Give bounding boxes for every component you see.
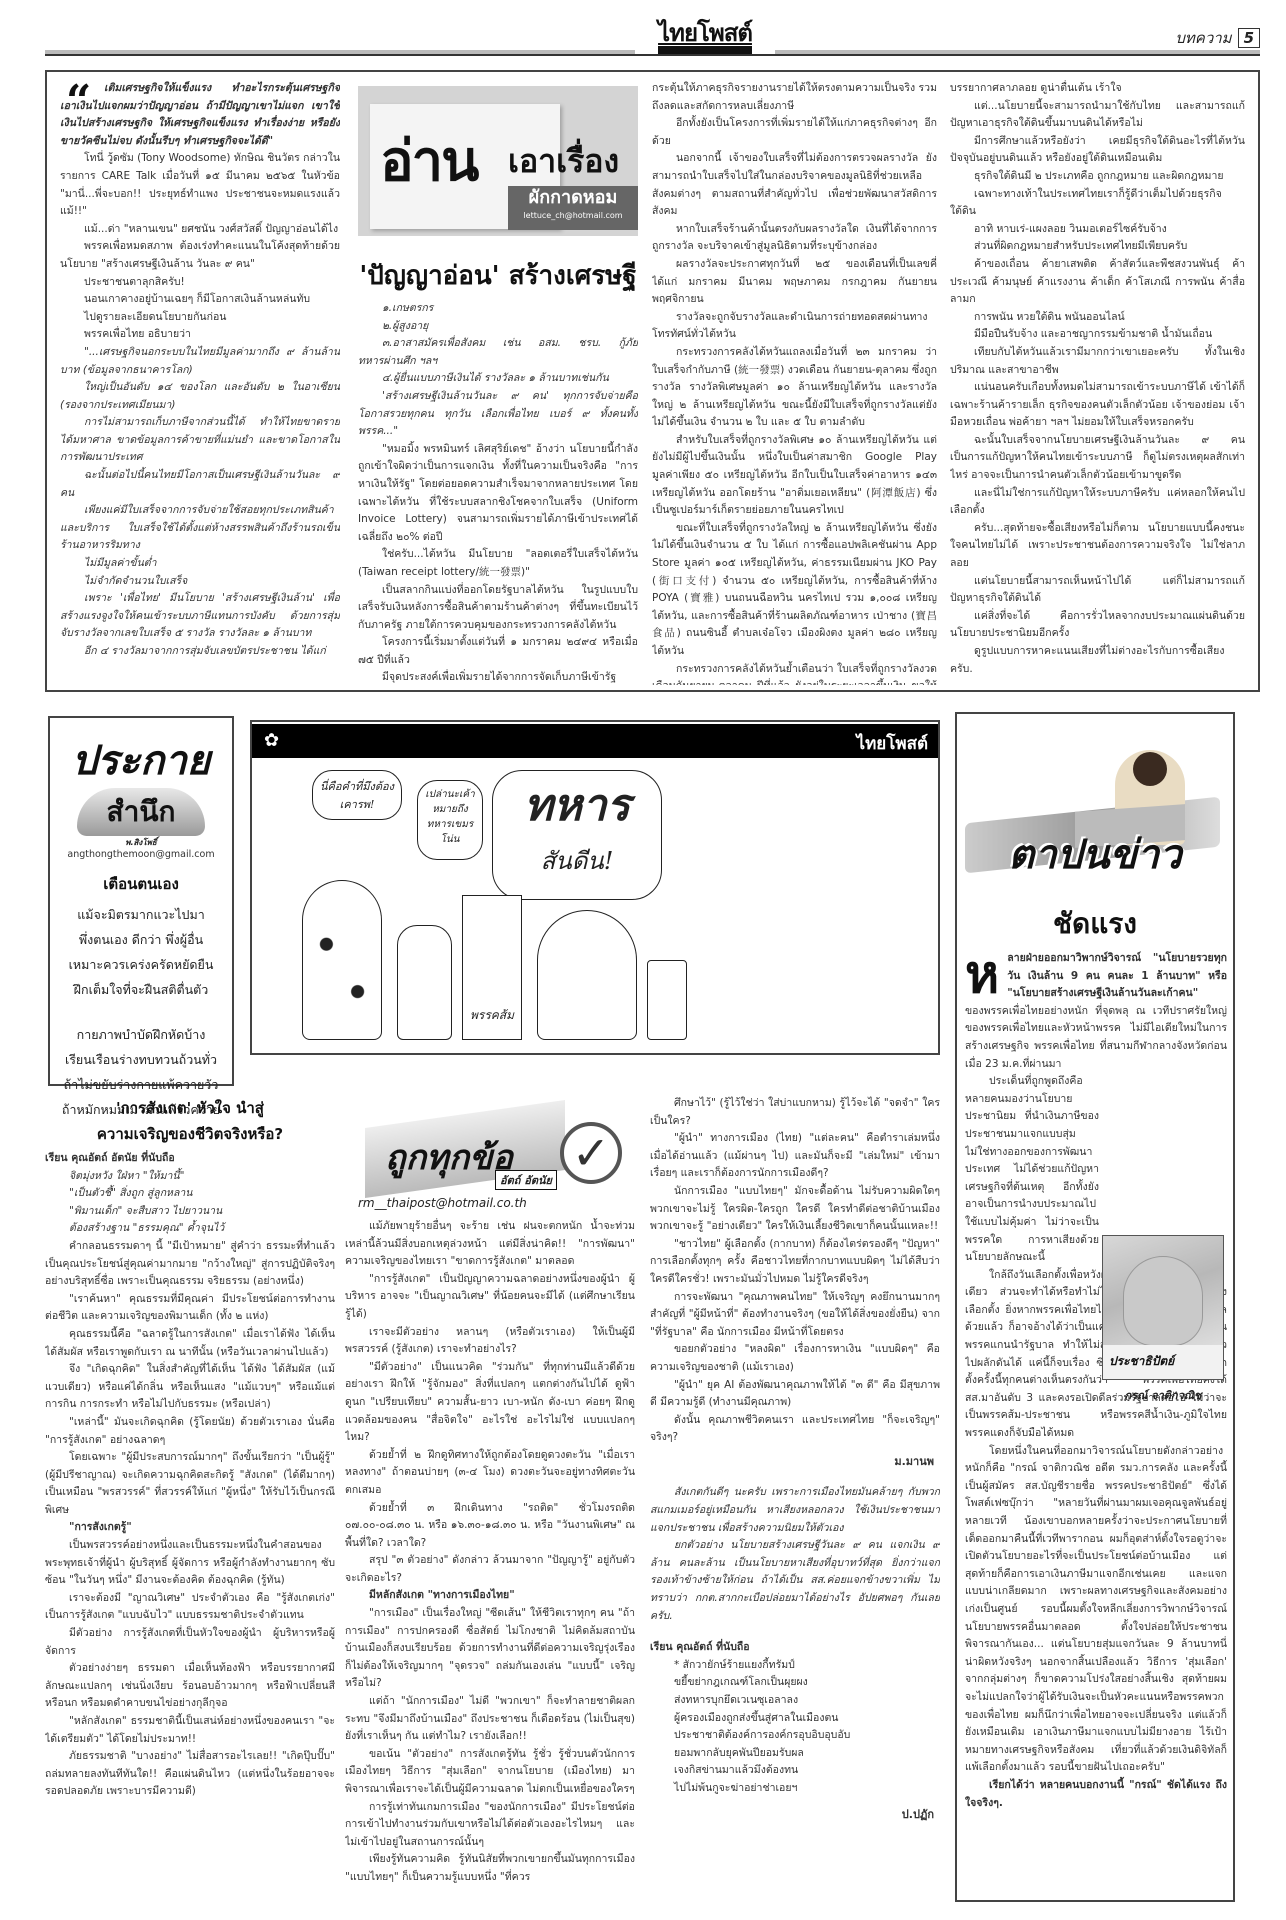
paragraph: "เราค้นหา" คุณธรรมที่มีคุณค่า มีประโยชน์… — [45, 1291, 335, 1326]
cartoon-figure-general — [302, 880, 382, 1040]
cartoon-figure-shouting — [537, 910, 637, 1040]
page-header: ไทยโพสต์ บทความ 5 — [45, 20, 1260, 60]
paragraph: ๑.เกษตรกร — [358, 300, 638, 318]
bottom-middle-col2: ศึกษาไว้" (รู้ไว้ใช่ว่า ใส่บ่าแบกหาม) รู… — [650, 1095, 940, 1910]
cartoon-microphone — [647, 960, 687, 1040]
paragraph: และนี่ไม่ใช่การแก้ปัญหาให้ระบบภาษีครับ แ… — [950, 485, 1245, 520]
paragraph: แม้ภัยพายุร้ายอื่นๆ จะร้าย เช่น ฝนจะตกหน… — [345, 1218, 635, 1271]
paragraph: เราจะมีตัวอย่าง หลานๆ (หรือตัวเราเอง) ให… — [345, 1324, 635, 1359]
paragraph: แค่สิ่งที่จะได้ คือการรั่วไหลจากงบประมาณ… — [950, 608, 1245, 643]
paragraph: "ผู้นำ" ทางการเมือง (ไทย) "แต่ละคน" คือต… — [650, 1130, 940, 1183]
paragraph: สรุป "๓ ตัวอย่าง" ดังกล่าว ล้วนมาจาก "ปั… — [345, 1552, 635, 1587]
paragraph: พรรคเพื่อหมดสภาพ ต้องเร่งทำคะแนนในโค้งสุ… — [60, 238, 340, 273]
sign-text: พรรคส้ม — [463, 1006, 521, 1025]
paragraph: การรู้เท่าทันเกมการเมือง "ของนักการเมือง… — [345, 1799, 635, 1852]
letter-salutation: เรียน คุณอัตถ์ อัตนัย ที่นับถือ — [45, 1150, 335, 1168]
editorial-cartoon: นี่คือคำที่มึงต้องเคารพ! เปล่านะเค้าหมาย… — [252, 760, 938, 1050]
paragraph: ภัยธรรมชาติ "บางอย่าง" ไม่สื่อสารอะไรเลย… — [45, 1748, 335, 1801]
poem-line: ฝึกเต็มใจที่จะฝืนสติตื่นตัว — [50, 977, 232, 1002]
speech-bubble-2: เปล่านะเค้าหมายถึงทหารเขมรโน่น — [417, 780, 483, 860]
column-byline: อัตถ์ อัตนัย — [495, 1170, 557, 1190]
paragraph: เป็นสลากกินแบ่งที่ออกโดยรัฐบาลไต้หวัน ใน… — [358, 582, 638, 635]
paragraph: มีหลักสังเกต "ทางการเมืองไทย" — [345, 1587, 635, 1605]
letter-body: เรียน คุณอัตถ์ อัตนัย ที่นับถือ จิตมุ่งห… — [45, 1150, 335, 1910]
paragraph: "การสังเกตรู้" — [45, 1519, 335, 1537]
paragraph: ขณะที่ใบเสร็จที่ถูกรางวัลใหญ่ ๒ ล้านเหรี… — [652, 520, 937, 661]
paragraph: ๒.ผู้สูงอายุ — [358, 318, 638, 336]
paragraph: ของพรรคเพื่อไทยอย่างหนัก ที่จุดพลุ ณ เวท… — [965, 1003, 1227, 1073]
paragraph: ฉะนั้นต่อไปนี้คนไทยมีโอกาสเป็นเศรษฐีเงิน… — [60, 467, 340, 502]
paragraph: ใช่ครับ...ไต้หวัน มีนโยบาย "ลอตเตอรี่ใบเ… — [358, 546, 638, 581]
paragraph: เราจะต้องมี "ญาณวิเศษ" ประจำตัวเอง คือ "… — [45, 1590, 335, 1625]
lead-paragraph: ลายฝ่ายออกมาวิพากษ์วิจารณ์ "นโยบายรวยทุก… — [965, 950, 1227, 1003]
poem-box: ประกาย สำนึก พ.สิงโพธิ์ angthongthemoon@… — [48, 716, 234, 1086]
frog-mascot-icon: ✿ — [264, 730, 279, 751]
poem-stanza-1: แม้จะมิตรมากแวะไปมา พึ่งตนเอง ดีกว่า พึ่… — [50, 902, 232, 1002]
poem-title: เตือนตนเอง — [50, 872, 232, 896]
paragraph: กระตุ้นให้ภาคธุรกิจรายงานรายได้ให้ตรงตาม… — [652, 80, 937, 115]
paragraph: "เหล่านี้" มันจะเกิดฉุกคิด (รู้โดยนัย) ด… — [45, 1414, 335, 1449]
paragraph: ๓.อาสาสมัครเพื่อสังคม เช่น อสม. ชรบ. กู้… — [358, 335, 638, 370]
paragraph: กระทรวงการคลังไต้หวันย้ำเตือนว่า ใบเสร็จ… — [652, 661, 937, 685]
paragraph: ด้วยย้ำที่ ๓ ฝึกเดินทาง "รถติด" ชั่วโมงร… — [345, 1500, 635, 1553]
paragraph: ดังนั้น คุณภาพชีวิตคนเรา และประเทศไทย "ก… — [650, 1412, 940, 1447]
cartoon-sign: พรรคส้ม — [462, 895, 522, 1040]
paragraph: "การรู้สังเกต" เป็นปัญญาความฉลาดอย่างหนึ… — [345, 1271, 635, 1324]
verse-line: ประชาชาติต้องค์การองค์กรอุบอิบอุบอับ — [674, 1727, 940, 1745]
paragraph: ขอยกตัวอย่าง "หลงผิด" เรื่องการหาเงิน "แ… — [650, 1341, 940, 1376]
bubble-3-big: ทหาร — [493, 771, 661, 841]
cartoon-brand: ไทยโพสต์ — [857, 730, 928, 757]
paragraph: เพียงรู้ทันความคิด รู้ทันนิสัยที่พวกเขาย… — [345, 1851, 635, 1886]
poem-author: พ.สิงโพธิ์ — [50, 836, 232, 849]
paragraph: ส่วนที่ผิดกฎหมายสำหรับประเทศไทยมีเพียบคร… — [950, 238, 1245, 256]
paragraph: หากใบเสร็จร้านค้านั้นตรงกับผลรางวัลใด เง… — [652, 221, 937, 256]
column-logo-text: ตาปนข่าว — [965, 822, 1225, 886]
paragraph: ไม่มีมูลค่าขั้นต่ำ — [60, 555, 340, 573]
paragraph: เพราะ 'เพื่อไทย' มีนโยบาย 'สร้างเศรษฐีเง… — [60, 590, 340, 643]
poem-line: ถ้าไม่ขยับร่างกายแพ้ควายวัว — [50, 1072, 232, 1097]
paragraph: ดูรูปแบบการหาคะแนนเสียงที่ไม่ต่างอะไรกับ… — [950, 643, 1245, 678]
bottom-middle-col1: แม้ภัยพายุร้ายอื่นๆ จะร้าย เช่น ฝนจะตกหน… — [345, 1218, 635, 1910]
paragraph: "หลักสังเกต" ธรรมชาตินี้เป็นเสน่ห์อย่างห… — [45, 1713, 335, 1748]
poem-line: แม้จะมิตรมากแวะไปมา — [50, 902, 232, 927]
paragraph: ด้วยย้ำที่ ๒ ฝึกดูทิศทางให้ถูกต้องโดยดูด… — [345, 1447, 635, 1500]
poem-email: angthongthemoon@gmail.com — [50, 849, 232, 860]
banner-author-box: ผักกาดหอม lettuce_ch@hotmail.com — [508, 186, 638, 230]
verse-line: ยอมพากลับยุคพันปียอมรับผล — [674, 1745, 940, 1763]
paragraph: ไปดูรายละเอียดนโยบายกันก่อน — [60, 309, 340, 327]
paragraph: ไม่จำกัดจำนวนใบเสร็จ — [60, 573, 340, 591]
paragraph: กระทรวงการคลังไต้หวันแถลงเมื่อวันที่ ๒๓ … — [652, 344, 937, 432]
paragraph: สำหรับใบเสร็จที่ถูกรางวัลพิเศษ ๑๐ ล้านเห… — [652, 432, 937, 520]
paragraph: แม้...ด่า "หลานเขน" ยศชนัน วงศ์สวัสดิ์ ป… — [60, 221, 340, 239]
paragraph: 'สร้างเศรษฐีเงินล้านวันละ ๙ คน' ทุกการจั… — [358, 388, 638, 441]
paragraph: ตัวอย่างง่ายๆ ธรรมดา เมื่อเห็นท้องฟ้า หร… — [45, 1660, 335, 1713]
paragraph: การพนัน หวยใต้ดิน พนันออนไลน์ — [950, 309, 1245, 327]
article-title: 'ปัญญาอ่อน' สร้างเศรษฐี — [358, 255, 638, 296]
speech-bubble-3: ทหาร สันดีน! — [492, 770, 662, 900]
paragraph: สังเกตกันดีๆ นะครับ เพราะการเมืองไทยมันค… — [650, 1484, 940, 1537]
verse-line: เจงกิสข่านมาแล้วมึงต้องทน — [674, 1762, 940, 1780]
checkmark-icon: ✓ — [560, 1122, 622, 1184]
verse-line: ผู้ครองเมืองถูกส่งขึ้นสู่ศาลในเมืองตน — [674, 1710, 940, 1728]
paragraph: ใหญ่เป็นอันดับ ๑๔ ของโลก และอันดับ ๒ ในอ… — [60, 379, 340, 414]
cartoon-figure-small — [397, 925, 452, 1040]
top-article-col3: กระตุ้นให้ภาคธุรกิจรายงานรายได้ให้ตรงตาม… — [652, 80, 937, 685]
section-label: บทความ 5 — [1175, 26, 1260, 50]
letter-salutation-2: เรียน คุณอัตถ์ ที่นับถือ — [650, 1639, 940, 1657]
signature-1: ม.มานพ — [650, 1453, 940, 1471]
signature-2: ป.ปฏัก — [650, 1806, 940, 1824]
column-logo-thuk-thuk-kho: ถูกทุกข้อ อัตถ์ อัตนัย ✓ — [345, 1092, 645, 1202]
verse-line: ต้องสร้างฐาน "ธรรมคุณ" ค้ำจุนไว้ — [45, 1220, 335, 1238]
right-column-title: ชัดแรง — [965, 902, 1225, 946]
face — [1123, 1256, 1203, 1346]
top-article-col2: ๑.เกษตรกร๒.ผู้สูงอายุ๓.อาสาสมัครเพื่อสัง… — [358, 300, 638, 685]
paragraph: มีการศึกษาแล้วหรือยังว่า เคยมีธุรกิจใต้ด… — [950, 133, 1245, 168]
verse-line: ขยี้ขย่ากฎเกณฑ์โลกเป็นผุยผง — [674, 1674, 940, 1692]
paragraph: "ชาวไทย" ผู้เลือกตั้ง (กากบาท) ก็ต้องไตร… — [650, 1236, 940, 1289]
poem-line: พึ่งตนเอง ดีกว่า พึ่งผู้อื่น — [50, 927, 232, 952]
top-article-col4: บรรยากาศลาภลอย ดูน่าตื่นเต้น เร้าใจแต่..… — [950, 80, 1245, 685]
paragraph: แต่นโยบายนี้สามารถเห็นหน้าไปได้ แต่ก็ไม่… — [950, 573, 1245, 608]
masthead-tagline-bar — [658, 46, 752, 54]
verse-line: จิตมุ่งหวัง ใฝ่หา "ให้มานี้" — [45, 1168, 335, 1186]
column-banner: อ่าน เอาเรื่อง ผักกาดหอม lettuce_ch@hotm… — [358, 86, 638, 236]
top-article-col1: เติมเศรษฐกิจให้แข็งแรง ทำอะไรกระตุ้นเศรษ… — [60, 80, 340, 685]
paragraph: "หมอมิ้ง พรหมินทร์ เลิศสุริย์เดช" อ้างว่… — [358, 441, 638, 547]
paragraph: ธุรกิจใต้ดินมี ๒ ประเภทคือ ถูกกฎหมาย และ… — [950, 168, 1245, 186]
poem-line: เรียนเรือนร่างทบทวนถ้วนทั่ว — [50, 1047, 232, 1072]
verse-line: "เป็นตัวชี้" สิ่งถูก สู่ลูกหลาน — [45, 1185, 335, 1203]
masthead-logo: ไทยโพสต์ — [635, 20, 775, 46]
paragraph: ฉะนั้นใบเสร็จจากนโยบายเศรษฐีเงินล้านวันล… — [950, 432, 1245, 485]
closing-paragraph: เรียกได้ว่า หลายคนบอกงานนี้ "กรณ์" ชัดได… — [965, 1777, 1227, 1812]
paragraph: นอกจากนี้ เจ้าของใบเสร็จที่ไม่ต้องการตรว… — [652, 150, 937, 220]
paragraph: โทนี่ วู้ดซัม (Tony Woodsome) ทักษิณ ชิน… — [60, 150, 340, 220]
masthead: ไทยโพสต์ — [635, 20, 775, 54]
photo-caption: กรณ์ จาติกวณิช — [1102, 1386, 1224, 1404]
paragraph: "การเมือง" เป็นเรื่องใหญ่ "ซีดเส้น" ให้ช… — [345, 1605, 635, 1693]
paragraph: การจะพัฒนา "คุณภาพคนไทย" ให้เจริญๆ คงยึก… — [650, 1289, 940, 1342]
letter-title: 'การสังเกต' หัวใจ นำสู่ ความเจริญของชีวิ… — [45, 1095, 335, 1147]
speech-bubble-1: นี่คือคำที่มึงต้องเคารพ! — [312, 770, 402, 820]
column-logo-text: ถูกทุกข้อ — [385, 1130, 513, 1184]
cartoon-header-bar: ✿ ไทยโพสต์ — [252, 724, 938, 758]
paragraph: เติมเศรษฐกิจให้แข็งแรง ทำอะไรกระตุ้นเศรษ… — [60, 80, 340, 150]
verse-line: * สักวายักษ์ร้ายแยงกี้ทรัมป์ — [674, 1657, 940, 1675]
paragraph: มีตัวอย่าง การรู้สังเกตที่เป็นหัวใจของผู… — [45, 1625, 335, 1660]
paragraph: จึง "เกิดฉุกคิด" ในสิ่งสำคัญที่ได้เห็น ไ… — [45, 1361, 335, 1414]
paragraph: เฉพาะทางเท้าในประเทศไทยเราก็รู้ดีว่าเต็ม… — [950, 186, 1245, 221]
right-column-body: ห ลายฝ่ายออกมาวิพากษ์วิจารณ์ "นโยบายรวยท… — [965, 950, 1227, 1890]
bubble-3-small: สันดีน! — [493, 841, 661, 880]
paragraph: ขอเน้น "ตัวอย่าง" การสังเกตรู้ทัน รู้ชั่… — [345, 1746, 635, 1799]
paragraph: ประเด็นที่ถูกพูดถึงคือ หลายคนมองว่านโยบา… — [965, 1073, 1099, 1267]
poem-line: กายภาพบำบัดฝึกหัดบ้าง — [50, 1022, 232, 1047]
paragraph: บรรยากาศลาภลอย ดูน่าตื่นเต้น เร้าใจ — [950, 80, 1245, 98]
banner-author: ผักกาดหอม — [508, 186, 638, 210]
paragraph: คำกลอนธรรมดาๆ นี้ "มีเป้าหมาย" สู่คำว่า … — [45, 1238, 335, 1291]
paragraph: นอนเกาคางอยู่บ้านเฉยๆ ก็มีโอกาสเงินล้านห… — [60, 291, 340, 309]
verse-line: ส่งทหารบุกยึดเวเนซุเอลาลง — [674, 1692, 940, 1710]
paragraph: มีจุดประสงค์เพื่อเพิ่มรายได้จากการจัดเก็… — [358, 669, 638, 685]
column-email: rm__thaipost@hotmail.co.th — [358, 1196, 527, 1210]
paragraph: เป็นพรสวรรค์อย่างหนึ่งและเป็นธรรมะหนึ่งใ… — [45, 1537, 335, 1590]
banner-email: lettuce_ch@hotmail.com — [508, 210, 638, 222]
poem-column-logo: ประกาย สำนึก พ.สิงโพธิ์ angthongthemoon@… — [50, 728, 232, 860]
paragraph: ผลรางวัลจะประกาศทุกวันที่ ๒๕ ของเดือนที่… — [652, 256, 937, 309]
paragraph: ยกตัวอย่าง นโยบายสร้างเศรษฐีวันละ ๙ คน แ… — [650, 1537, 940, 1625]
paragraph: อีก ๔ รางวัลมาจากการสุ่มจับเลขบัตรประชาช… — [60, 643, 340, 661]
paragraph: แต่ถ้า "นักการเมือง" ไม่ดี "พวกเขา" ก็จะ… — [345, 1693, 635, 1746]
paragraph: รางวัลจะถูกจับรางวัลและดำเนินการถ่ายทอดส… — [652, 309, 937, 344]
portrait-photo: ประชาธิปัตย์ — [1102, 1235, 1224, 1380]
paragraph: ๔.ผู้ยื่นแบบภาษีเงินได้ รางวัลละ ๑ ล้านบ… — [358, 370, 638, 388]
logo-ribbon: สำนึก — [77, 788, 206, 836]
paragraph: โดยหนึ่งในคนที่ออกมาวิจารณ์นโยบายดังกล่า… — [965, 1443, 1227, 1777]
paragraph: โครงการนี้เริ่มมาตั้งแต่วันที่ ๑ มกราคม … — [358, 634, 638, 669]
logo-script: ประกาย — [50, 728, 232, 792]
photo-party-tag: ประชาธิปัตย์ — [1109, 1352, 1174, 1371]
paragraph: เทียบกับไต้หวันแล้วเรามีมากกว่าเขาเยอะคร… — [950, 344, 1245, 379]
paragraph: "มีตัวอย่าง" เป็นแนวคิด "ร่วมกัน" ที่ทุก… — [345, 1359, 635, 1447]
paragraph: นักการเมือง "แบบไทยๆ" มักจะดื้อด้าน ไม่ร… — [650, 1183, 940, 1236]
paragraph: ครับ...สุดท้ายจะซื้อเสียงหรือไม่ก็ตาม นโ… — [950, 520, 1245, 573]
paragraph: ศึกษาไว้" (รู้ไว้ใช่ว่า ใส่บ่าแบกหาม) รู… — [650, 1095, 940, 1130]
verse-line: "พิมานเด็ก" จะสืบสาว ไปยาวนาน — [45, 1203, 335, 1221]
paragraph: "ผู้นำ" ยุค AI ต้องพัฒนาคุณภาพให้ได้ "๓ … — [650, 1377, 940, 1412]
paragraph: เพียงแค่มีใบเสร็จจากการจับจ่ายใช้สอยทุกป… — [60, 502, 340, 555]
column-logo-graphic: ตาปนข่าว — [965, 750, 1225, 890]
paragraph: คุณธรรมนี้คือ "ฉลาดรู้ในการสังเกต" เมื่อ… — [45, 1326, 335, 1361]
paragraph: แน่นอนครับเกือบทั้งหมดไม่สามารถเข้าระบบภ… — [950, 379, 1245, 432]
paragraph: โดยเฉพาะ "ผู้มีประสบการณ์มากๆ" ถึงขั้นเร… — [45, 1449, 335, 1519]
verse-line: ไปไม่พ้นกูจะฆ่าอย่าช่าเอยฯ — [674, 1780, 940, 1798]
paragraph: แต่...นโยบายนี้จะสามารถนำมาใช้กับไทย และ… — [950, 98, 1245, 133]
paragraph: อีกทั้งยังเป็นโครงการที่เพิ่มรายได้ให้แก… — [652, 115, 937, 150]
dropcap: ห — [965, 950, 999, 1000]
paragraph: การไม่สามารถเก็บภาษีจากส่วนนี้ได้ ทำให้ไ… — [60, 414, 340, 467]
paragraph: อาทิ หาบเร่-แผงลอย วินมอเตอร์ไซค์รับจ้าง — [950, 221, 1245, 239]
paragraph: มีมือปืนรับจ้าง และอาชญากรรมข้ามชาติ น้ำ… — [950, 326, 1245, 344]
paragraph: ค้าของเถื่อน ค้ายาเสพติด ค้าสัตว์และพืชส… — [950, 256, 1245, 309]
paragraph: ประชาชนตาลุกสิครับ! — [60, 274, 340, 292]
section-name: บทความ — [1175, 26, 1237, 50]
poem-line: เหมาะควรเคร่งครัดหยัดยืน — [50, 952, 232, 977]
paragraph: "...เศรษฐกิจนอกระบบในไทยมีมูลค่ามากถึง ๙… — [60, 344, 340, 379]
banner-small-text: เอาเรื่อง — [508, 136, 619, 187]
page-number: 5 — [1238, 28, 1260, 48]
banner-big-text: อ่าน — [380, 116, 477, 205]
paragraph: พรรคเพื่อไทย อธิบายว่า — [60, 326, 340, 344]
